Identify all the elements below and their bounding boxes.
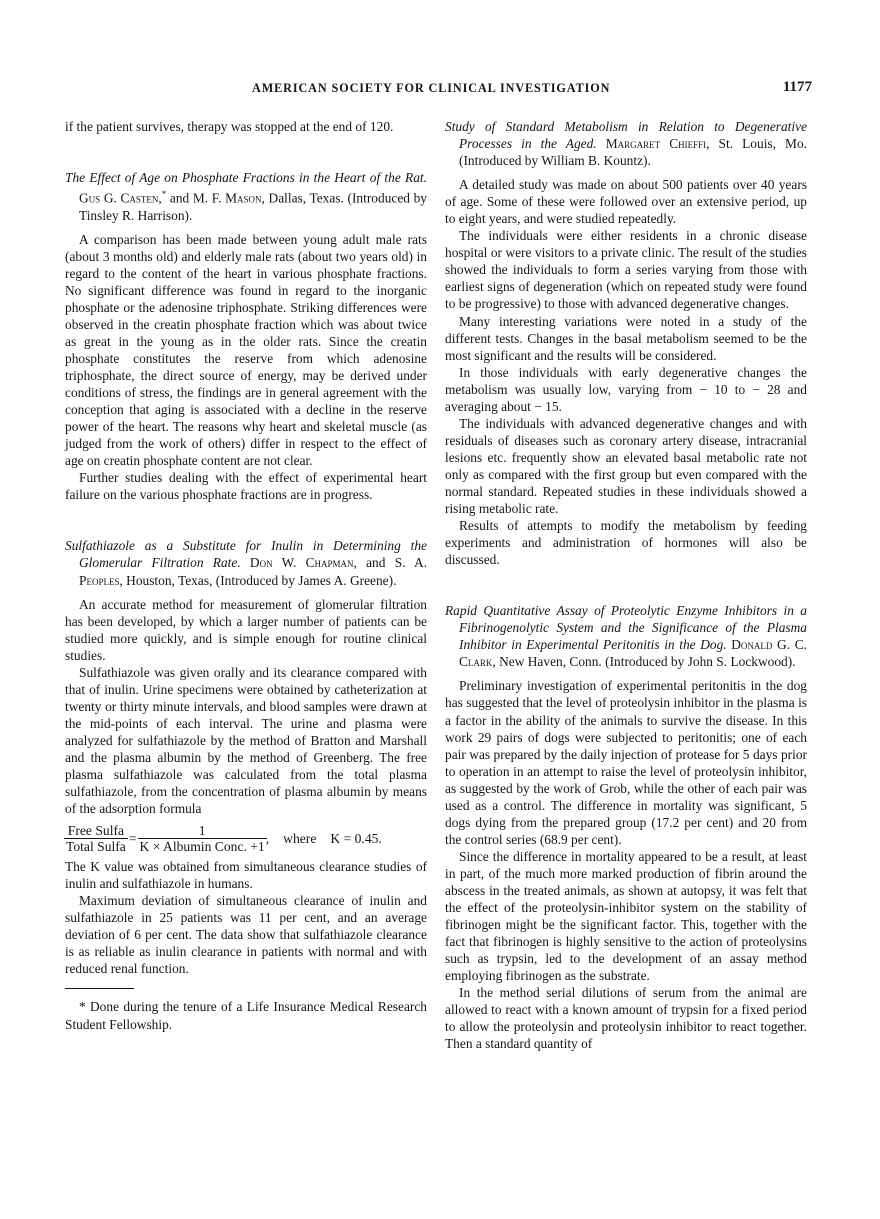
body-paragraph: Maximum deviation of simultaneous cleara…: [65, 892, 427, 977]
footnote: * Done during the tenure of a Life Insur…: [65, 998, 427, 1032]
article-heading-sulfathiazole: Sulfathiazole as a Substitute for Inulin…: [65, 537, 427, 588]
author-affiliation: Houston, Texas, (Introduced by James A. …: [123, 573, 397, 588]
k-constant: K = 0.45.: [330, 830, 381, 847]
running-head: AMERICAN SOCIETY FOR CLINICAL INVESTIGAT…: [252, 79, 812, 99]
lhs-fraction: Free Sulfa Total Sulfa: [65, 823, 127, 854]
body-paragraph: Further studies dealing with the effect …: [65, 469, 427, 503]
author-name: Margaret Chieffi,: [606, 136, 710, 151]
journal-running-title: AMERICAN SOCIETY FOR CLINICAL INVESTIGAT…: [252, 81, 610, 96]
body-paragraph: Many interesting variations were noted i…: [445, 313, 807, 364]
author-affiliation: New Haven, Conn. (Introduced by John S. …: [496, 654, 796, 669]
body-paragraph: The individuals were either residents in…: [445, 227, 807, 312]
body-paragraph: The individuals with advanced degenerati…: [445, 415, 807, 517]
body-paragraph: Results of attempts to modify the metabo…: [445, 517, 807, 568]
author-name: M. F. Mason,: [193, 191, 265, 206]
body-paragraph: A comparison has been made between young…: [65, 231, 427, 470]
body-paragraph: A detailed study was made on about 500 p…: [445, 176, 807, 227]
body-paragraph: The K value was obtained from simultaneo…: [65, 858, 427, 892]
adsorption-formula: Free Sulfa Total Sulfa = 1 K × Albumin C…: [65, 823, 427, 854]
author-name: Gus G. Casten,: [79, 191, 162, 206]
body-paragraph: In the method serial dilutions of serum …: [445, 984, 807, 1052]
body-paragraph: An accurate method for measurement of gl…: [65, 596, 427, 664]
article-heading-metabolism: Study of Standard Metabolism in Relation…: [445, 118, 807, 169]
left-column: if the patient survives, therapy was sto…: [65, 118, 427, 1033]
author-name: Don W. Chapman,: [250, 555, 357, 570]
rhs-fraction: 1 K × Albumin Conc. +1: [139, 823, 266, 854]
article-heading-phosphate: The Effect of Age on Phosphate Fractions…: [65, 169, 427, 224]
footnote-divider: [65, 988, 134, 989]
body-paragraph: Preliminary investigation of experimenta…: [445, 677, 807, 847]
body-paragraph: Sulfathiazole was given orally and its c…: [65, 664, 427, 817]
article-heading-proteolytic: Rapid Quantitative Assay of Proteolytic …: [445, 602, 807, 670]
continuation-paragraph: if the patient survives, therapy was sto…: [65, 118, 427, 135]
page-number: 1177: [783, 79, 812, 96]
body-paragraph: Since the difference in mortality appear…: [445, 848, 807, 984]
article-title: The Effect of Age on Phosphate Fractions…: [65, 170, 427, 185]
body-paragraph: In those individuals with early degenera…: [445, 364, 807, 415]
right-column: Study of Standard Metabolism in Relation…: [445, 118, 807, 1052]
